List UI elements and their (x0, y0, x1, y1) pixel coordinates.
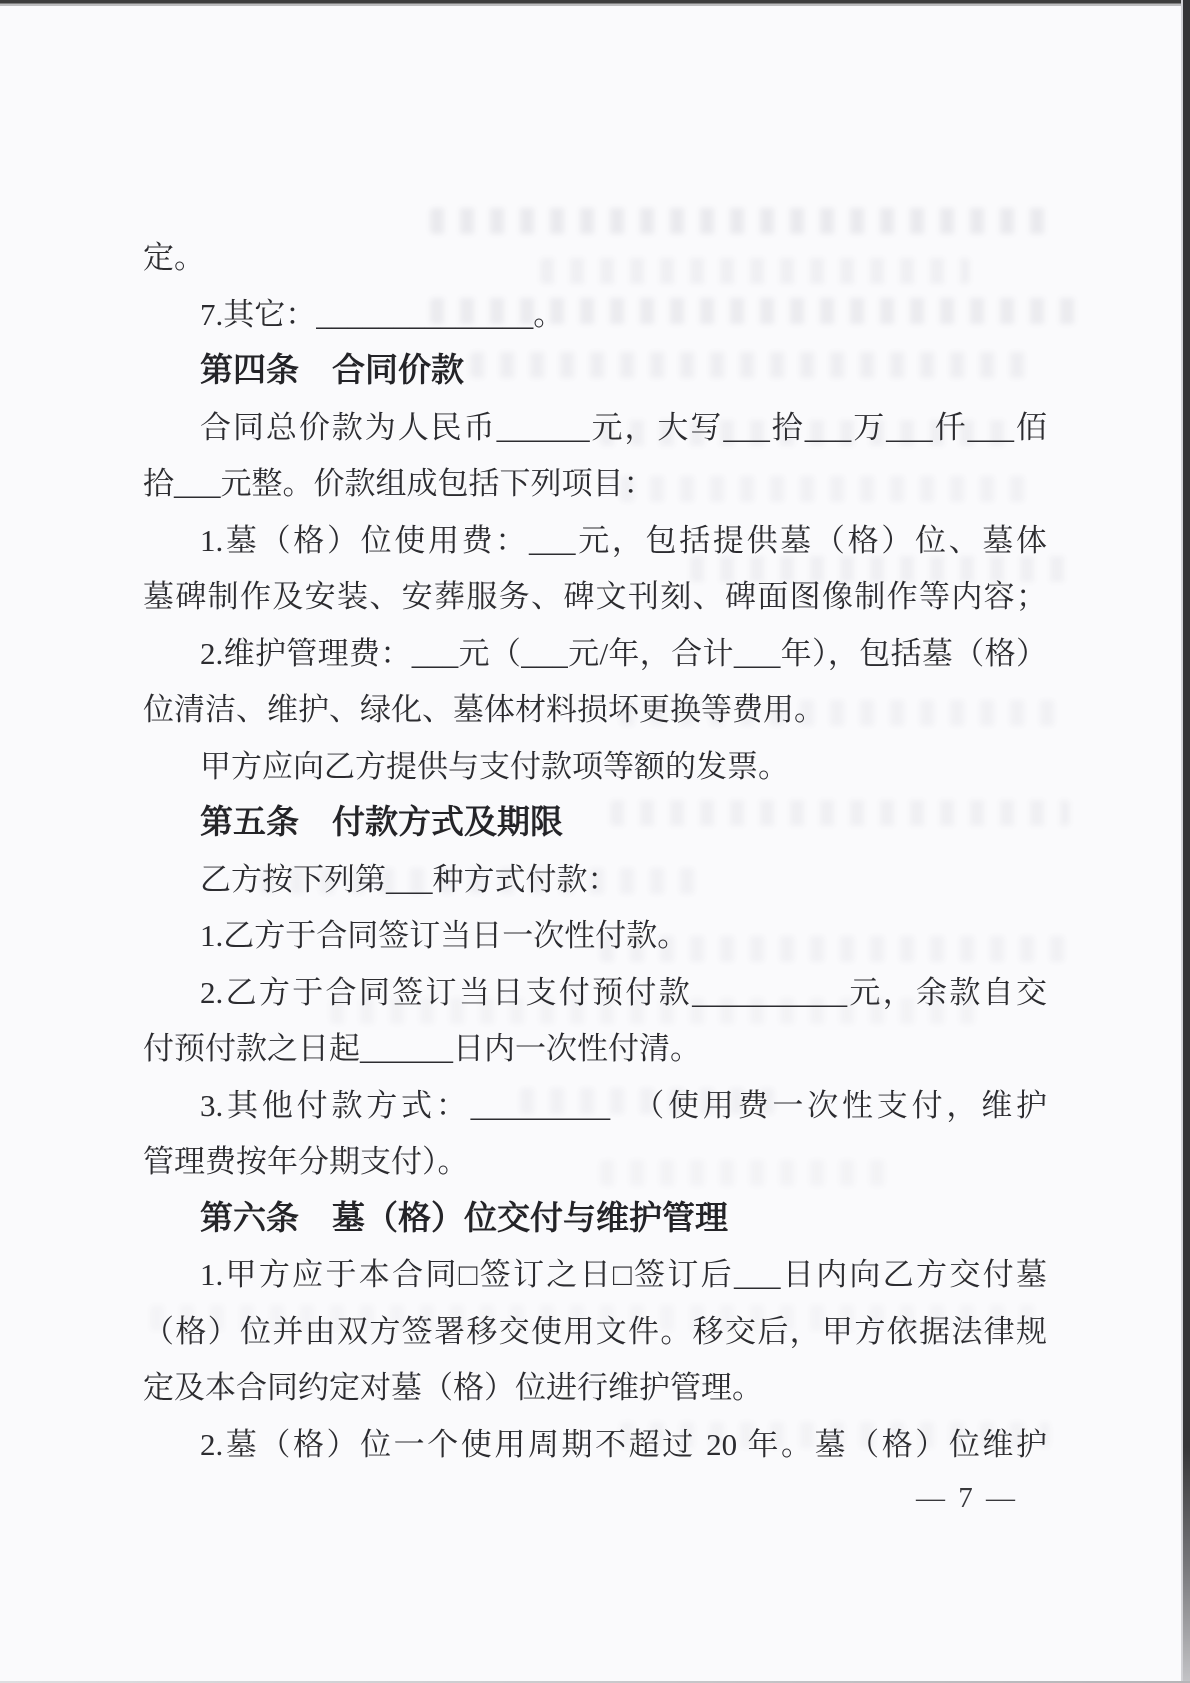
text-line: 2.墓（格）位一个使用周期不超过 20 年。墓（格）位维护 (143, 1417, 1047, 1474)
clause-other: 7.其它：______________。 (143, 287, 1047, 344)
text-line: 2.乙方于合同签订当日支付预付款__________元，余款自交 (143, 965, 1047, 1022)
text-line: 合同总价款为人民币______元，大写___拾___万___仟___佰 (143, 400, 1047, 457)
text-line: 1.墓（格）位使用费：___元，包括提供墓（格）位、墓体 (143, 513, 1047, 570)
text-line: 乙方按下列第___种方式付款： (143, 852, 1047, 909)
text-line: （格）位并由双方签署移交使用文件。移交后，甲方依据法律规 (143, 1304, 1047, 1361)
text-line: 位清洁、维护、绿化、墓体材料损坏更换等费用。 (143, 682, 1047, 739)
text-line: 3.其他付款方式：_________ （使用费一次性支付，维护 (143, 1078, 1047, 1135)
heading-article-6: 第六条 墓（格）位交付与维护管理 (143, 1191, 1047, 1248)
contract-text-column: 定。 7.其它：______________。 第四条 合同价款 合同总价款为人… (143, 0, 1047, 1473)
heading-article-4: 第四条 合同价款 (143, 343, 1047, 400)
text-line: 甲方应向乙方提供与支付款项等额的发票。 (143, 739, 1047, 796)
text-line: 付预付款之日起______日内一次性付清。 (143, 1021, 1047, 1078)
text-line: 拾___元整。价款组成包括下列项目： (143, 456, 1047, 513)
text-line: 墓碑制作及安装、安葬服务、碑文刊刻、碑面图像制作等内容； (143, 569, 1047, 626)
page-number: — 7 — (916, 1482, 1018, 1515)
heading-article-5: 第五条 付款方式及期限 (143, 795, 1047, 852)
text-line: 定及本合同约定对墓（格）位进行维护管理。 (143, 1360, 1047, 1417)
scan-edge-right (1183, 0, 1190, 1683)
text-line: 2.维护管理费：___元（___元/年，合计___年），包括墓（格） (143, 626, 1047, 683)
text-line: 1.乙方于合同签订当日一次性付款。 (143, 908, 1047, 965)
text-line: 管理费按年分期支付）。 (143, 1134, 1047, 1191)
text-line: 1.甲方应于本合同□签订之日□签订后___日内向乙方交付墓 (143, 1247, 1047, 1304)
scan-edge-top (0, 0, 1190, 6)
text-line: 定。 (143, 230, 1047, 287)
